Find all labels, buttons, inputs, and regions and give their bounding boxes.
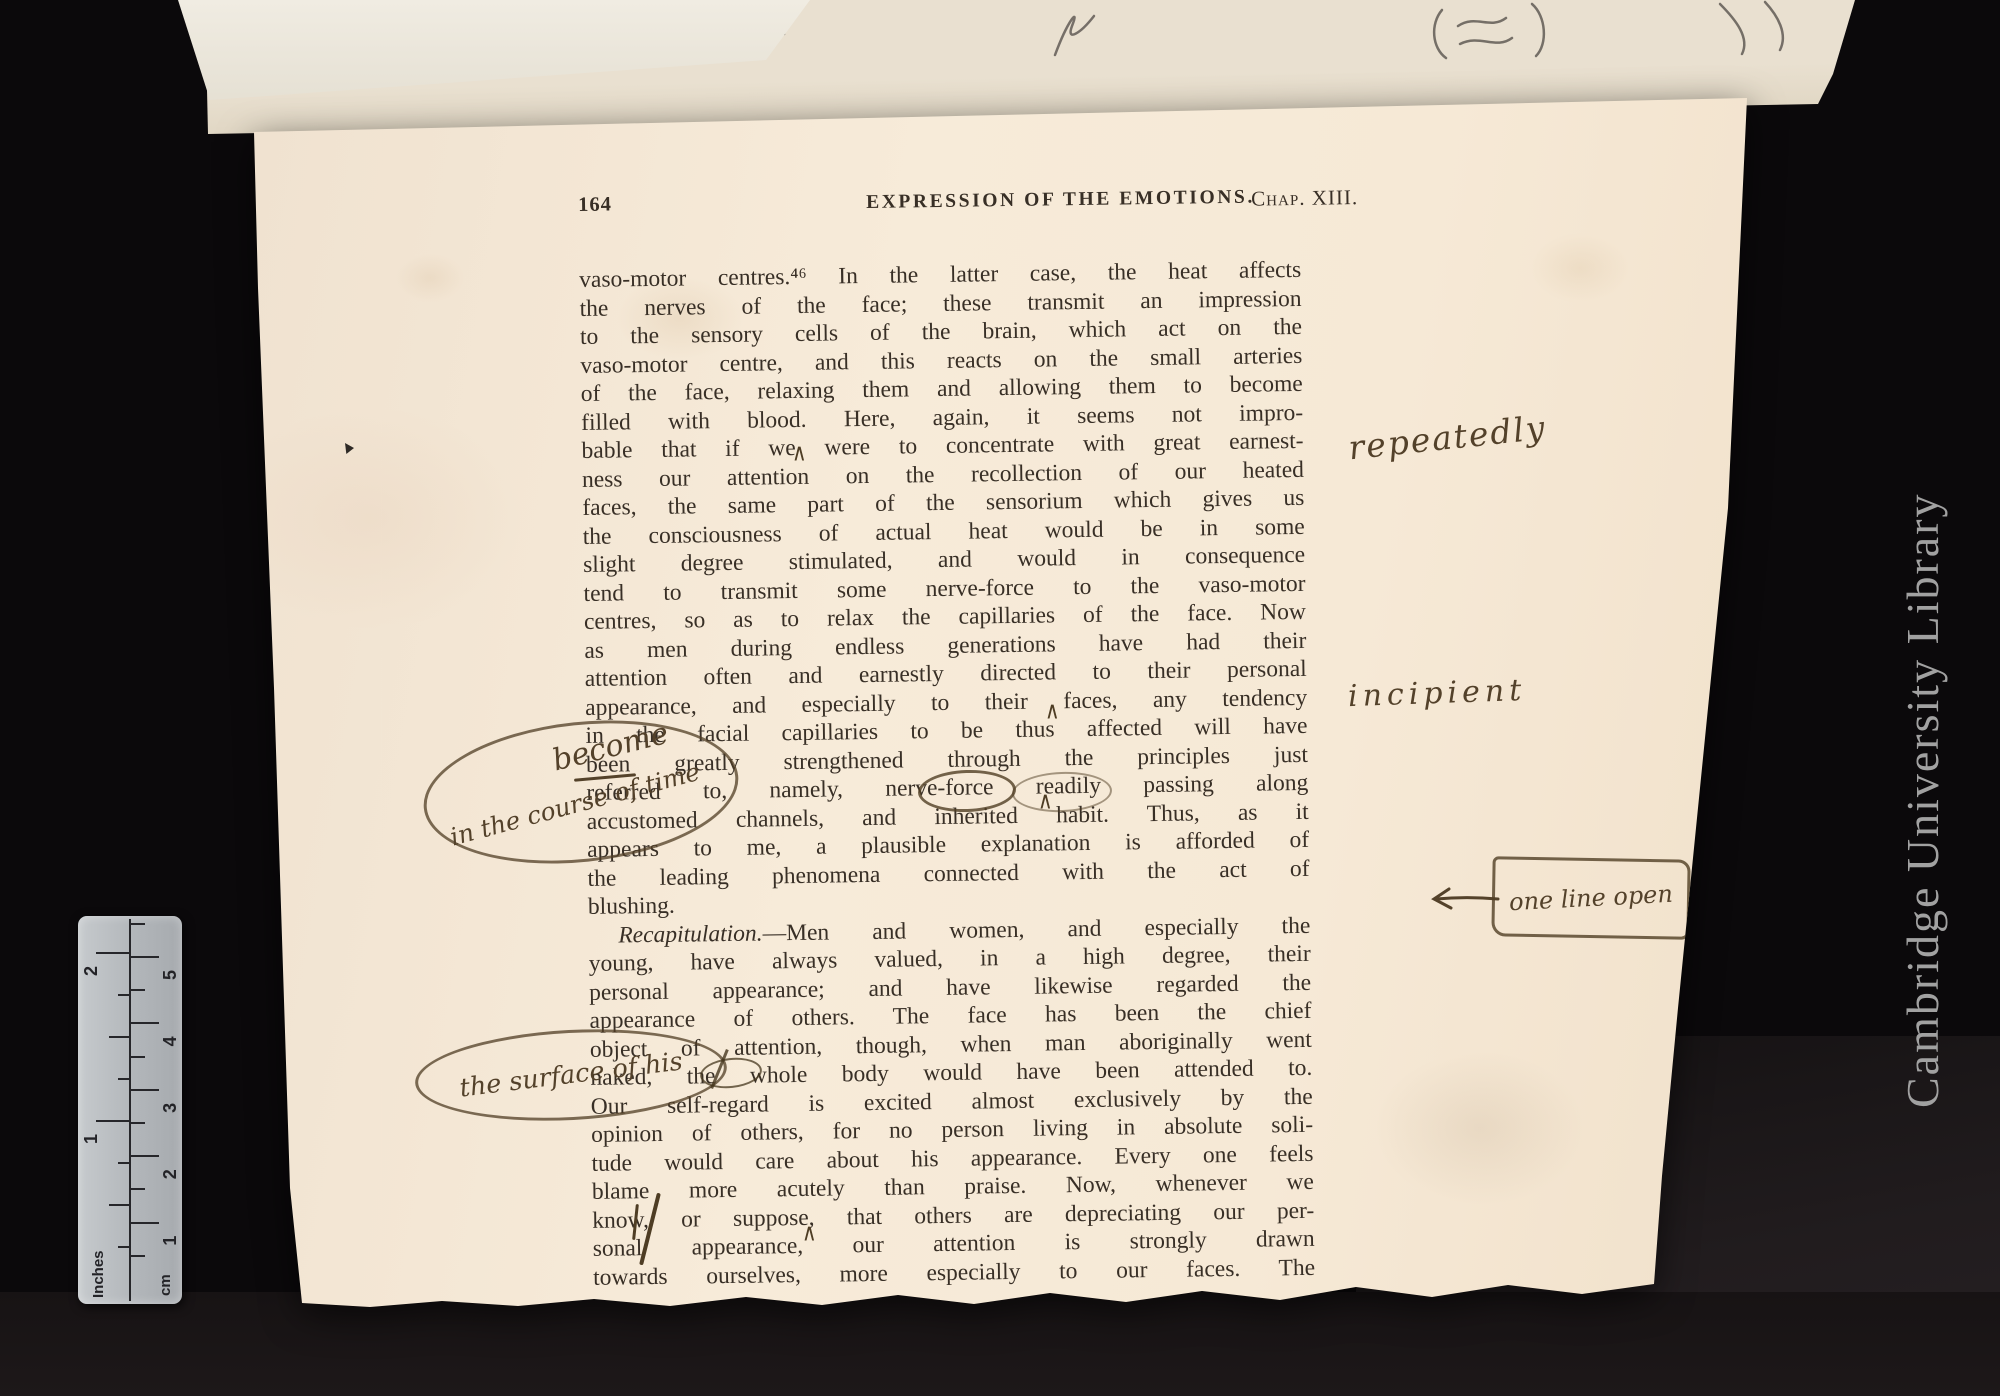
ruler-tick xyxy=(131,989,145,991)
ruler-tick xyxy=(131,956,159,958)
page-header: 164 EXPRESSION OF THE EMOTIONS. Chap. XI… xyxy=(578,183,1358,224)
ruler-tick xyxy=(118,994,130,996)
ruler-tick xyxy=(131,1222,159,1224)
annotation-surface-text: the surface of his xyxy=(458,1046,684,1103)
insertion-caret xyxy=(1045,696,1060,725)
annotation-one-line-open-box: one line open xyxy=(1491,856,1690,939)
ruler-tick xyxy=(131,1089,159,1091)
ruler-tick xyxy=(96,1120,130,1122)
ruler-tick xyxy=(131,1122,145,1124)
annotation-one-line-open: one line open xyxy=(1428,858,1698,944)
insertion-caret xyxy=(802,1218,817,1247)
ruler-tick xyxy=(131,1022,159,1024)
ruler-tick xyxy=(118,1246,130,1248)
ruler-center-line xyxy=(129,919,131,1301)
ruler-inch-number: 2 xyxy=(81,966,102,976)
ruler-face: Inches cm 1212345 xyxy=(78,916,182,1304)
margin-speck xyxy=(345,443,354,454)
ruler-tick xyxy=(131,1188,145,1190)
ruler-tick xyxy=(131,1255,145,1257)
ruler-cm-number: 2 xyxy=(160,1169,181,1179)
ruler-tick xyxy=(109,1036,130,1038)
measurement-ruler: Inches cm 1212345 xyxy=(78,916,182,1304)
page-paper: 164 EXPRESSION OF THE EMOTIONS. Chap. XI… xyxy=(250,88,1750,1312)
insertion-caret xyxy=(792,438,807,467)
ruler-tick xyxy=(131,1155,159,1157)
ruler-tick xyxy=(109,1204,130,1206)
library-watermark: Cambridge University Library xyxy=(1896,268,1949,1108)
ruler-tick xyxy=(118,1162,130,1164)
chapter-label: Chap. XIII. xyxy=(1251,185,1358,211)
ruler-inches-label: Inches xyxy=(90,1250,107,1298)
ruler-tick xyxy=(118,1078,130,1080)
book-page: 164 EXPRESSION OF THE EMOTIONS. Chap. XI… xyxy=(250,88,1750,1312)
ruler-tick xyxy=(131,923,145,925)
page-number: 164 xyxy=(578,194,612,217)
ruler-cm-number: 1 xyxy=(160,1236,181,1246)
ruler-inch-number: 1 xyxy=(81,1134,102,1144)
annotation-incipient: incipient xyxy=(1347,673,1526,714)
ruler-cm-number: 4 xyxy=(160,1036,181,1046)
running-title: EXPRESSION OF THE EMOTIONS. xyxy=(866,187,1255,214)
ruler-tick xyxy=(131,1056,145,1058)
photograph-background: Cambridge University Library 164 EXPRESS xyxy=(0,0,2000,1396)
ruler-cm-label: cm xyxy=(157,1274,174,1296)
annotation-repeatedly: repeatedly xyxy=(1347,408,1549,468)
left-arrow-icon xyxy=(1428,884,1500,914)
ruler-tick xyxy=(96,952,130,954)
annotation-one-line-open-text: one line open xyxy=(1508,880,1673,917)
ruler-cm-number: 5 xyxy=(160,970,181,980)
ruler-cm-number: 3 xyxy=(160,1103,181,1113)
